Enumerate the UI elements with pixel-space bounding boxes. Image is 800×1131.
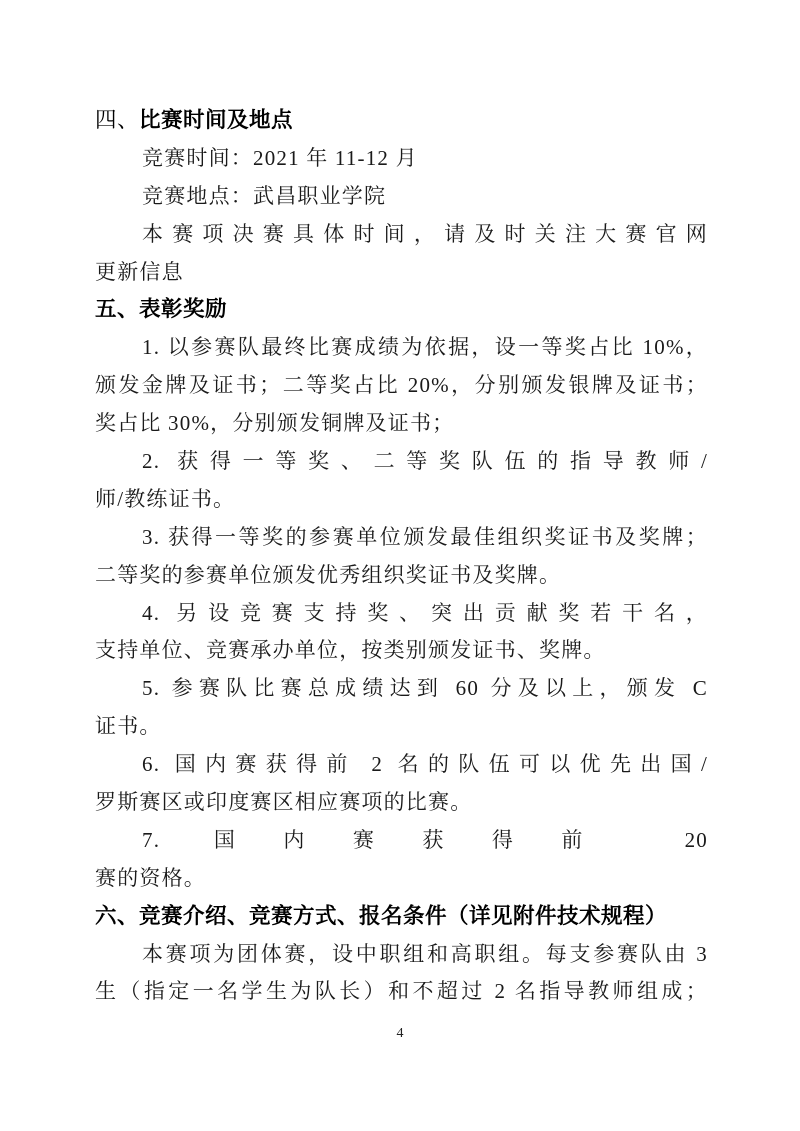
body-line: 更新信息 [95,254,708,292]
document-body: 四、比赛时间及地点竞赛时间：2021 年 11-12 月竞赛地点：武昌职业学院本… [95,102,708,1011]
body-line: 生（指定一名学生为队长）和不超过 2 名指导教师组成；每所院 [95,973,708,1011]
section-heading: 六、竞赛介绍、竞赛方式、报名条件（详见附件技术规程） [95,898,708,936]
section-heading-number: 五、 [95,297,139,321]
body-line: 5. 参赛队比赛总成绩达到 60 分及以上，颁发 C 级技能护照 [95,670,708,708]
section-heading-text: 比赛时间及地点 [139,108,293,132]
section-heading-number: 六、 [95,904,139,928]
body-line: 6. 国内赛获得前 2 名的队伍可以优先出国/线上远程参加俄 [95,746,708,784]
document-page: 四、比赛时间及地点竞赛时间：2021 年 11-12 月竞赛地点：武昌职业学院本… [0,0,800,1131]
body-line: 2. 获得一等奖、二等奖队伍的指导教师/教练颁发优秀指导教 [95,443,708,481]
body-line: 支持单位、竞赛承办单位，按类别颁发证书、奖牌。 [95,632,708,670]
body-line: 赛的资格。 [95,860,708,898]
section-heading-text: 表彰奖励 [139,297,227,321]
page-number: 4 [0,1026,800,1042]
body-line: 7. 国内赛获得前 20 名的队伍有资格参加中国赛区相关国际 [95,822,708,860]
body-line: 本赛项为团体赛，设中职组和高职组。每支参赛队由 3 名学 [95,936,708,974]
body-line: 证书。 [95,708,708,746]
section-heading-text: 竞赛介绍、竞赛方式、报名条件（详见附件技术规程） [139,904,667,928]
body-line: 1. 以参赛队最终比赛成绩为依据，设一等奖占比 10%，分别 [95,329,708,367]
body-line: 罗斯赛区或印度赛区相应赛项的比赛。 [95,784,708,822]
body-line: 二等奖的参赛单位颁发优秀组织奖证书及奖牌。 [95,557,708,595]
body-line: 竞赛地点：武昌职业学院 [95,178,708,216]
body-line: 本赛项决赛具体时间，请及时关注大赛官网 www.brskills.com [95,216,708,254]
body-line: 颁发金牌及证书；二等奖占比 20%，分别颁发银牌及证书；三等 [95,367,708,405]
body-line: 竞赛时间：2021 年 11-12 月 [95,140,708,178]
body-line: 师/教练证书。 [95,481,708,519]
section-heading: 四、比赛时间及地点 [95,102,708,140]
body-line: 3. 获得一等奖的参赛单位颁发最佳组织奖证书及奖牌；获得 [95,519,708,557]
section-heading-number: 四、 [95,108,139,132]
body-line: 奖占比 30%，分别颁发铜牌及证书；其它选手颁发优秀奖证书。 [95,405,708,443]
section-heading: 五、表彰奖励 [95,291,708,329]
body-line: 4. 另设竞赛支持奖、突出贡献奖若干名，颁发给各竞赛平台 [95,595,708,633]
